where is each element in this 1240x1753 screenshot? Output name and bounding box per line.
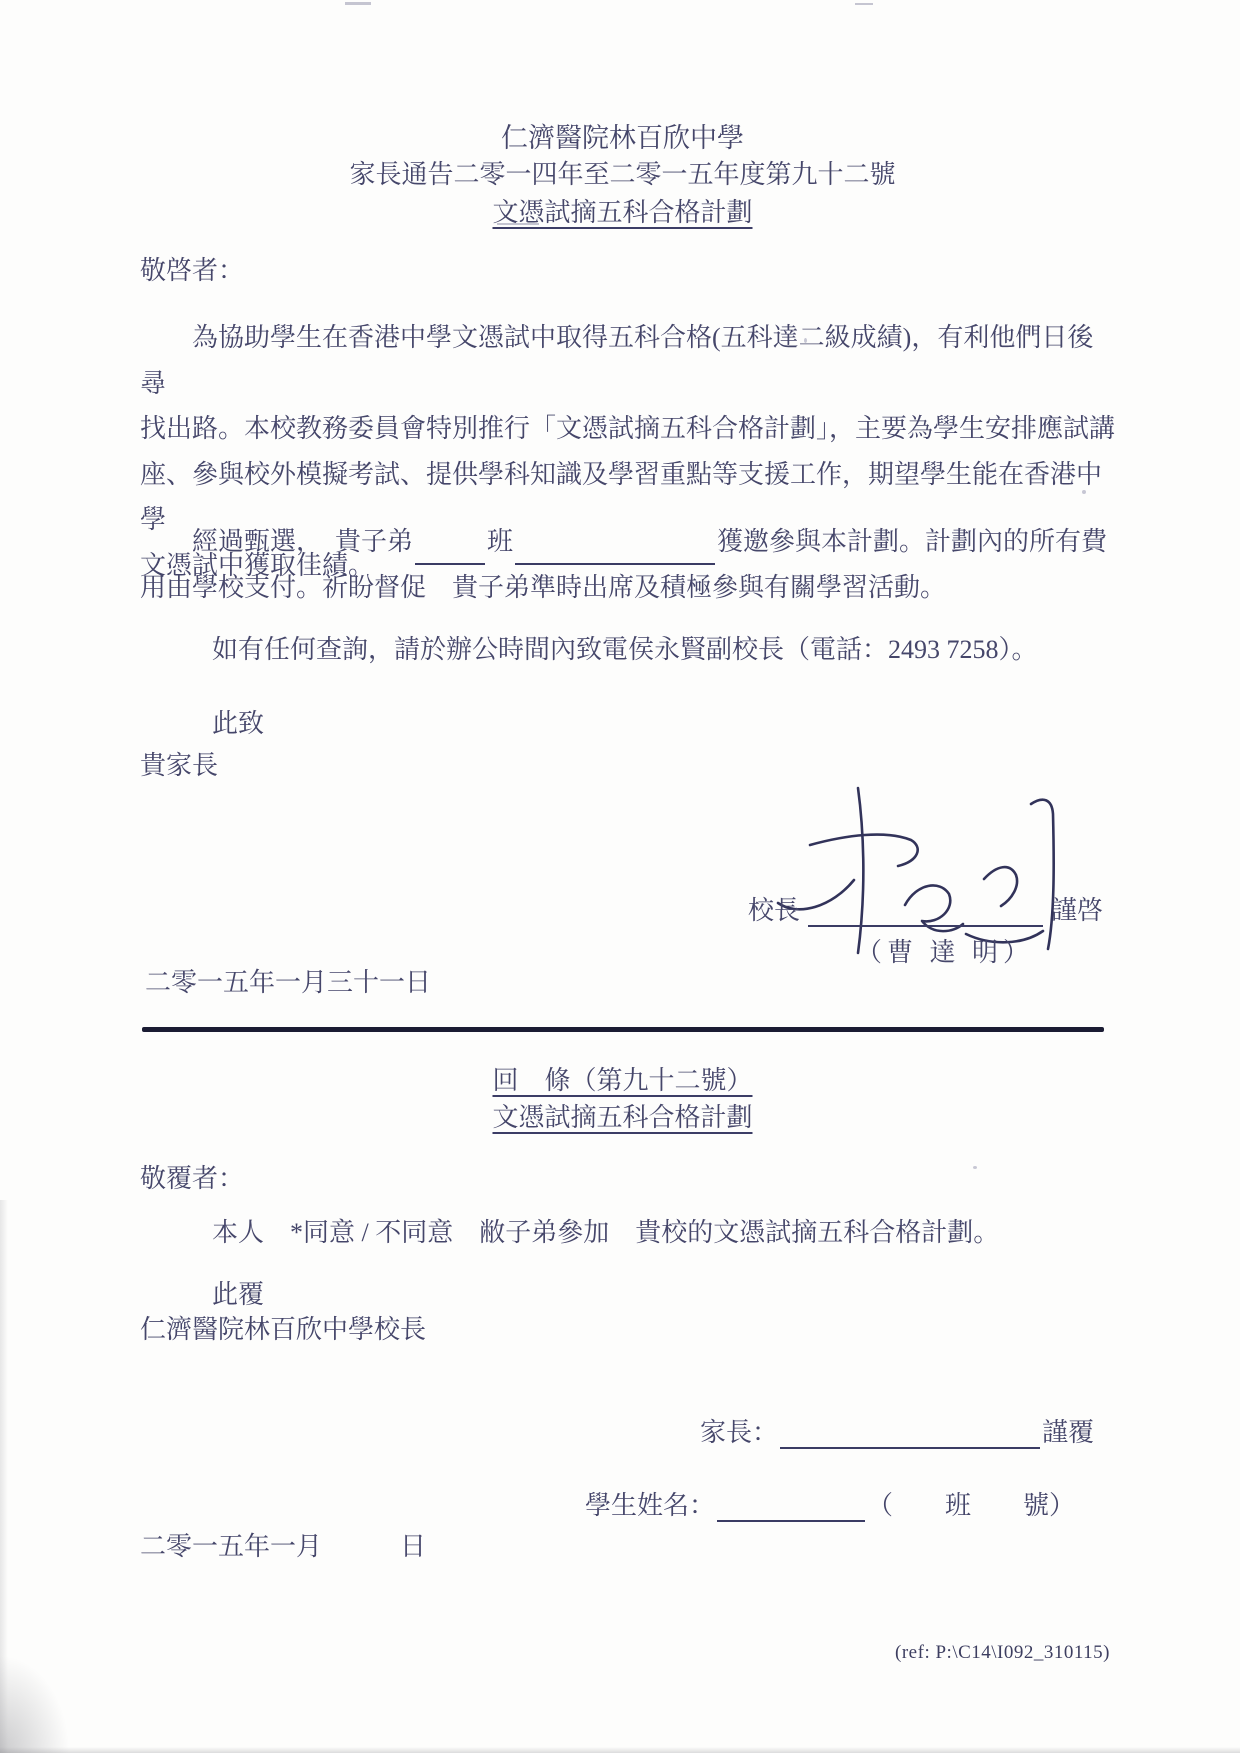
- enquiry-paragraph: 如有任何查詢，請於辦公時間內致電侯永賢副校長（電話：2493 7258）。: [140, 627, 1115, 673]
- reply-slip-subject: 文憑試摘五科合格計劃: [140, 1097, 1105, 1134]
- scan-edge-shadow: [0, 1200, 8, 1753]
- signature-stroke: [858, 788, 863, 953]
- parent-sign-off: 謹覆: [1042, 1418, 1094, 1447]
- reply-slip-title-text: 回 條（第九十二號）: [492, 1066, 752, 1095]
- student-name-row: 學生姓名：（ 班 號）: [585, 1485, 1075, 1522]
- school-name-title: 仁濟醫院林百欣中學: [140, 116, 1105, 155]
- selection-text: 經過甄選， 貴子弟: [192, 527, 413, 556]
- scanned-letter-page: 仁濟醫院林百欣中學 家長通告二零一四年至二零一五年度第九十二號 文憑試摘五科合格…: [0, 0, 1240, 1753]
- paragraph-1-line-2: 找出路。本校教務委員會特別推行「文憑試摘五科合格計劃」，主要為學生安排應試講: [140, 406, 1115, 452]
- scan-speck: [973, 1166, 977, 1169]
- closing-text: 此致: [140, 703, 540, 740]
- principal-signature-row: 校長謹啓: [748, 890, 1103, 927]
- recipient-text: 貴家長: [140, 745, 218, 782]
- scan-smudge: [0, 1655, 70, 1753]
- student-name-label: 學生姓名：: [585, 1491, 715, 1520]
- body-paragraph-2: 經過甄選， 貴子弟班獲邀參與本計劃。計劃內的所有費 用由學校支付。祈盼督促 貴子…: [140, 519, 1115, 610]
- notice-number-title: 家長通告二零一四年至二零一五年度第九十二號: [140, 154, 1105, 191]
- letter-date: 二零一五年一月三十一日: [145, 962, 431, 999]
- paragraph-2-line-1: 經過甄選， 貴子弟班獲邀參與本計劃。計劃內的所有費: [140, 519, 1115, 565]
- class-no-label: （ 班 號）: [867, 1491, 1075, 1520]
- salutation: 敬啓者：: [140, 250, 244, 287]
- reply-slip-subject-text: 文憑試摘五科合格計劃: [492, 1103, 752, 1132]
- principal-name: （曹 達 明）: [856, 932, 1034, 969]
- paragraph-1-line-1: 為協助學生在香港中學文憑試中取得五科合格(五科達二級成績)，有利他們日後尋: [140, 315, 1115, 406]
- reply-salutation: 敬覆者：: [140, 1158, 244, 1195]
- scan-mark: [497, 223, 539, 225]
- subject-title: 文憑試摘五科合格計劃: [140, 192, 1105, 229]
- scan-mark: [345, 2, 371, 5]
- file-reference: (ref: P:\C14\I092_310115): [860, 1642, 1110, 1664]
- class-label: 班: [487, 527, 513, 556]
- section-divider-rule: [142, 1027, 1104, 1032]
- student-name-line: [717, 1493, 865, 1522]
- reply-addressee: 仁濟醫院林百欣中學校長: [140, 1309, 426, 1346]
- reply-date: 二零一五年一月 日: [140, 1526, 426, 1563]
- paragraph-2-line-2: 用由學校支付。祈盼督促 貴子弟準時出席及積極參與有關學習活動。: [140, 565, 1115, 611]
- reply-slip-title: 回 條（第九十二號）: [140, 1060, 1105, 1097]
- principal-label: 校長: [748, 896, 800, 925]
- reply-closing: 此覆: [140, 1274, 540, 1311]
- principal-signature-line: [808, 898, 1043, 927]
- student-name-blank-field: [515, 536, 715, 565]
- parent-signature-row: 家長：謹覆: [700, 1412, 1094, 1449]
- consent-line: 本人 *同意 / 不同意 敝子弟參加 貴校的文憑試摘五科合格計劃。: [140, 1210, 1115, 1256]
- scan-speck: [804, 338, 807, 343]
- parent-signature-line: [780, 1420, 1040, 1449]
- class-blank-field: [415, 536, 485, 565]
- scan-edge-shadow: [0, 1747, 1240, 1753]
- scan-mark: [855, 3, 873, 5]
- principal-sign-off: 謹啓: [1051, 896, 1103, 925]
- parent-label: 家長：: [700, 1418, 778, 1447]
- invitation-text: 獲邀參與本計劃。計劃內的所有費: [717, 527, 1107, 556]
- scan-speck: [1082, 490, 1086, 494]
